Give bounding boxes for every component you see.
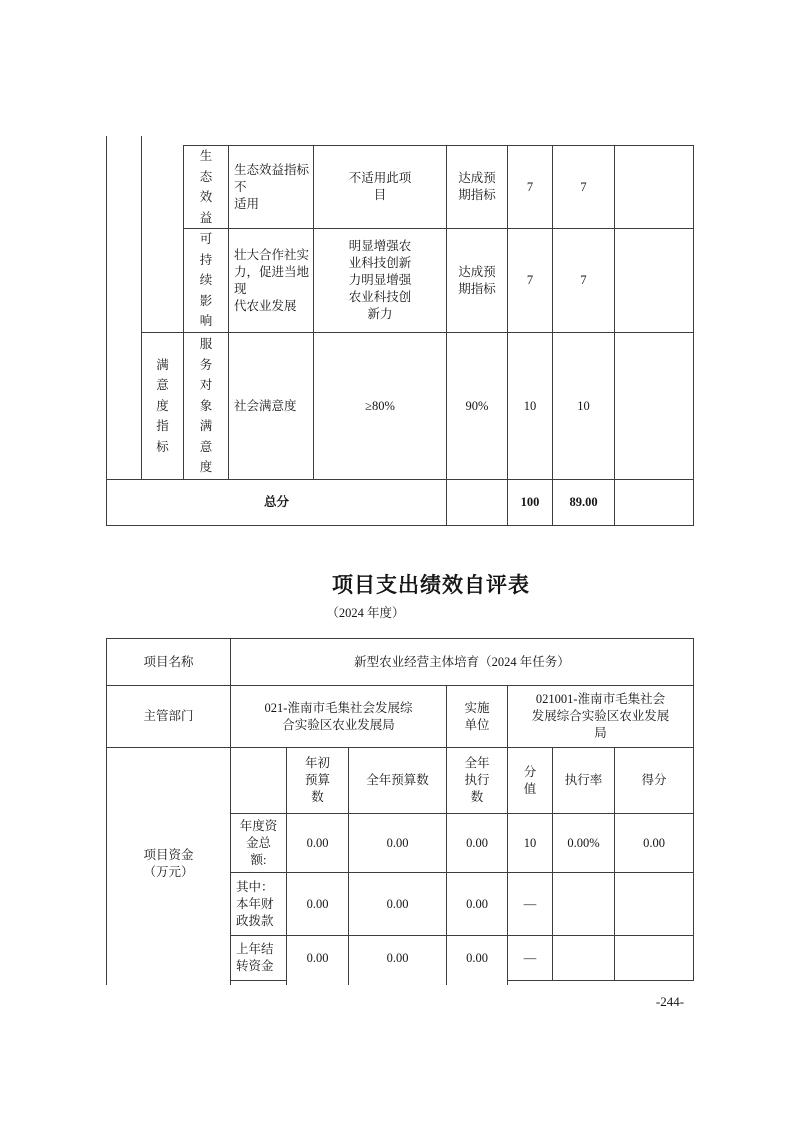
project-name-value-cell: 新型农业经营主体培育（2024 年任务） [231, 639, 694, 686]
page-number: -244- [640, 994, 700, 1010]
fund-fiscal-score-cell [615, 873, 694, 936]
sustain-target-cell: 明显增强农 业科技创新 力明显增强 农业科技创 新力 [314, 229, 447, 333]
project-funds-label-cell: 项目资金 （万元） [107, 748, 231, 981]
sustain-points-cell: 7 [508, 229, 553, 333]
total-label-cell: 总分 [107, 480, 447, 526]
fund-carryover-label-cell: 上年结 转资金 [231, 936, 287, 981]
sustain-indicator-cell: 壮大合作社实 力，促进当地现 代农业发展 [229, 229, 314, 333]
satisfaction-level1-cell: 满 意 度 指 标 [142, 333, 184, 480]
fund-total-points-cell: 10 [508, 814, 553, 873]
total-points-cell: 100 [508, 480, 553, 526]
fund-carryover-budget-cell: 0.00 [349, 936, 447, 981]
satisfaction-score-cell: 10 [553, 333, 615, 480]
fund-total-rate-cell: 0.00% [553, 814, 615, 873]
fund-carryover-score-cell [615, 936, 694, 981]
fund-fiscal-begin-cell: 0.00 [287, 873, 349, 936]
eco-benefit-indicator-cell: 生态效益指标不 适用 [229, 146, 314, 229]
fund-fiscal-rate-cell [553, 873, 615, 936]
total-empty-cell [447, 480, 508, 526]
eco-benefit-actual-cell: 达成预 期指标 [447, 146, 508, 229]
satisfaction-indicator-cell: 社会满意度 [229, 333, 314, 480]
pagebreak-bottom-col2 [230, 980, 231, 985]
page-title: 项目支出绩效自评表 [106, 569, 756, 599]
eco-benefit-note-cell [615, 146, 694, 229]
sustain-score-cell: 7 [553, 229, 615, 333]
fund-carryover-points-cell: — [508, 936, 553, 981]
fund-total-budget-cell: 0.00 [349, 814, 447, 873]
header-annual-exec-cell: 全年 执行 数 [447, 748, 508, 814]
fund-total-begin-cell: 0.00 [287, 814, 349, 873]
pagebreak-bottom-col5 [446, 980, 447, 985]
sustain-actual-cell: 达成预 期指标 [447, 229, 508, 333]
impl-unit-value-cell: 021001-淮南市毛集社会 发展综合实验区农业发展 局 [508, 686, 694, 748]
self-eval-table: 项目名称 新型农业经营主体培育（2024 年任务） 主管部门 021-淮南市毛集… [106, 638, 694, 981]
fund-carryover-begin-cell: 0.00 [287, 936, 349, 981]
eco-benefit-target-cell: 不适用此项 目 [314, 146, 447, 229]
satisfaction-actual-cell: 90% [447, 333, 508, 480]
pagebreak-bottom-col3 [286, 980, 287, 985]
header-exec-rate-cell: 执行率 [553, 748, 615, 814]
fund-carryover-rate-cell [553, 936, 615, 981]
fund-fiscal-budget-cell: 0.00 [349, 873, 447, 936]
page-subtitle: （2024 年度） [106, 603, 625, 621]
total-note-cell [615, 480, 694, 526]
satisfaction-target-cell: ≥80% [314, 333, 447, 480]
fund-total-exec-cell: 0.00 [447, 814, 508, 873]
project-name-label-cell: 项目名称 [107, 639, 231, 686]
document-page: 生 态 效 益 生态效益指标不 适用 不适用此项 目 达成预 期指标 7 7 可… [0, 0, 794, 1122]
fund-fiscal-points-cell: — [508, 873, 553, 936]
impl-unit-label-cell: 实施 单位 [447, 686, 508, 748]
total-score-cell: 89.00 [553, 480, 615, 526]
funds-sublabel-header-cell [231, 748, 287, 814]
benefit-group-cell [142, 146, 184, 333]
pagebreak-bottom-col6 [507, 980, 508, 985]
sustain-note-cell [615, 229, 694, 333]
performance-score-table: 生 态 效 益 生态效益指标不 适用 不适用此项 目 达成预 期指标 7 7 可… [106, 145, 694, 526]
satisfaction-level2-cell: 服 务 对 象 满 意 度 [184, 333, 229, 480]
fund-carryover-exec-cell: 0.00 [447, 936, 508, 981]
eco-benefit-level2-cell: 生 态 效 益 [184, 146, 229, 229]
eco-benefit-score-cell: 7 [553, 146, 615, 229]
satisfaction-note-cell [615, 333, 694, 480]
pagebreak-bottom-left [106, 980, 107, 985]
header-annual-budget-cell: 全年预算数 [349, 748, 447, 814]
fund-total-label-cell: 年度资 金总 额: [231, 814, 287, 873]
header-points-cell: 分 值 [508, 748, 553, 814]
header-annual-begin-cell: 年初 预算 数 [287, 748, 349, 814]
dept-value-cell: 021-淮南市毛集社会发展综 合实验区农业发展局 [231, 686, 447, 748]
pagebreak-bottom-col4 [348, 980, 349, 985]
dept-label-cell: 主管部门 [107, 686, 231, 748]
fund-total-score-cell: 0.00 [615, 814, 694, 873]
fund-fiscal-label-cell: 其中： 本年财 政拨款 [231, 873, 287, 936]
score-spacer-cell [107, 146, 142, 480]
fund-fiscal-exec-cell: 0.00 [447, 873, 508, 936]
eco-benefit-points-cell: 7 [508, 146, 553, 229]
satisfaction-points-cell: 10 [508, 333, 553, 480]
header-score-cell: 得分 [615, 748, 694, 814]
sustain-level2-cell: 可 持 续 影 响 [184, 229, 229, 333]
